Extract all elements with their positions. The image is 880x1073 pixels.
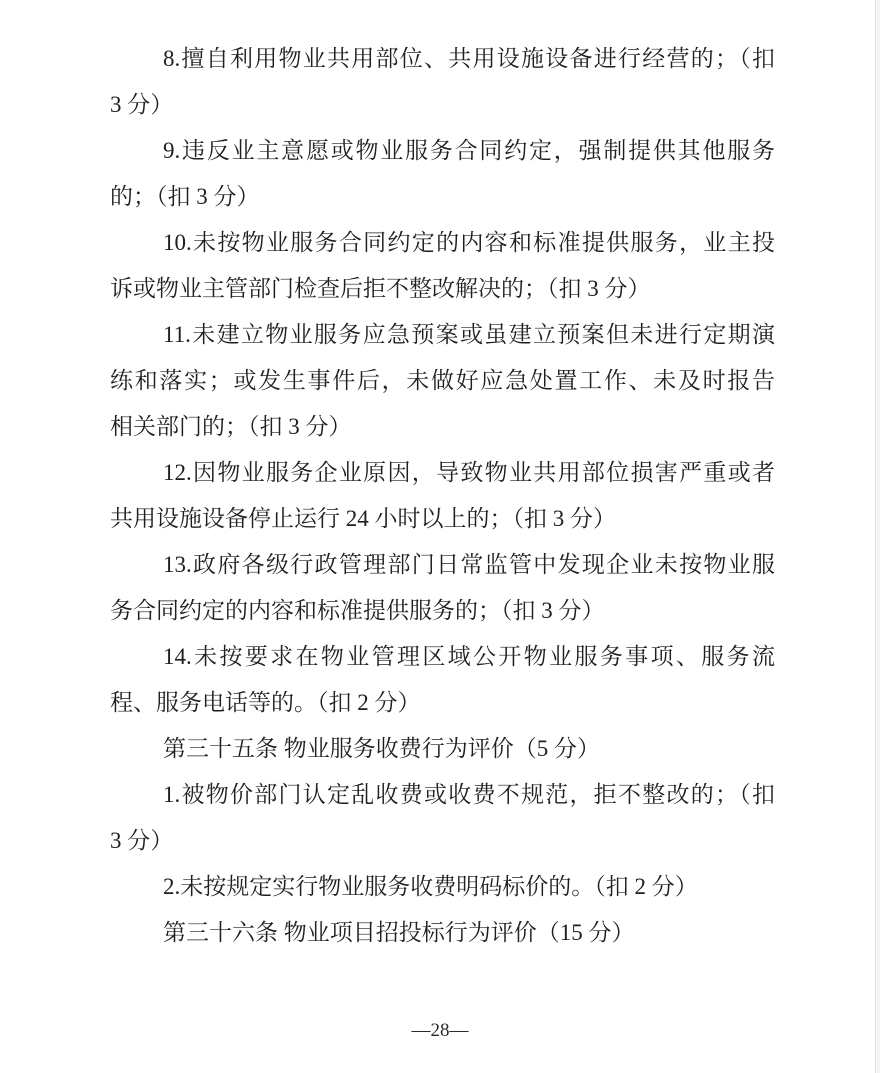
paragraph-item-14: 14.未按要求在物业管理区域公开物业服务事项、服务流 程、服务电话等的。（扣 2…: [110, 634, 775, 726]
paragraph-item-12: 12.因物业服务企业原因，导致物业共用部位损害严重或者 共用设施设备停止运行 2…: [110, 450, 775, 542]
text-line: 13.政府各级行政管理部门日常监管中发现企业未按物业服: [110, 542, 775, 588]
article-heading-line: 第三十六条 物业项目招投标行为评价（15 分）: [110, 910, 775, 956]
text-line: 的；（扣 3 分）: [110, 174, 775, 220]
document-body: 8.擅自利用物业共用部位、共用设施设备进行经营的；（扣 3 分） 9.违反业主意…: [110, 36, 775, 956]
page-edge-strip: [875, 0, 880, 1073]
paragraph-item-9: 9.违反业主意愿或物业服务合同约定，强制提供其他服务 的；（扣 3 分）: [110, 128, 775, 220]
article-heading-line: 第三十五条 物业服务收费行为评价（5 分）: [110, 726, 775, 772]
paragraph-article-35-item-1: 1.被物价部门认定乱收费或收费不规范，拒不整改的；（扣 3 分）: [110, 772, 775, 864]
text-line: 程、服务电话等的。（扣 2 分）: [110, 680, 775, 726]
text-line: 12.因物业服务企业原因，导致物业共用部位损害严重或者: [110, 450, 775, 496]
text-line: 2.未按规定实行物业服务收费明码标价的。（扣 2 分）: [110, 864, 775, 910]
paragraph-item-11: 11.未建立物业服务应急预案或虽建立预案但未进行定期演 练和落实；或发生事件后，…: [110, 312, 775, 450]
paragraph-article-35-item-2: 2.未按规定实行物业服务收费明码标价的。（扣 2 分）: [110, 864, 775, 910]
paragraph-item-10: 10.未按物业服务合同约定的内容和标准提供服务，业主投 诉或物业主管部门检查后拒…: [110, 220, 775, 312]
text-line: 11.未建立物业服务应急预案或虽建立预案但未进行定期演: [110, 312, 775, 358]
article-35-heading: 第三十五条 物业服务收费行为评价（5 分）: [110, 726, 775, 772]
text-line: 14.未按要求在物业管理区域公开物业服务事项、服务流: [110, 634, 775, 680]
text-line: 务合同约定的内容和标准提供服务的；（扣 3 分）: [110, 588, 775, 634]
paragraph-item-8: 8.擅自利用物业共用部位、共用设施设备进行经营的；（扣 3 分）: [110, 36, 775, 128]
page-number: —28—: [0, 1016, 880, 1046]
text-line: 练和落实；或发生事件后，未做好应急处置工作、未及时报告: [110, 358, 775, 404]
text-line: 3 分）: [110, 818, 775, 864]
text-line: 相关部门的；（扣 3 分）: [110, 404, 775, 450]
document-page: 8.擅自利用物业共用部位、共用设施设备进行经营的；（扣 3 分） 9.违反业主意…: [0, 0, 880, 1073]
paragraph-item-13: 13.政府各级行政管理部门日常监管中发现企业未按物业服 务合同约定的内容和标准提…: [110, 542, 775, 634]
text-line: 9.违反业主意愿或物业服务合同约定，强制提供其他服务: [110, 128, 775, 174]
text-line: 诉或物业主管部门检查后拒不整改解决的；（扣 3 分）: [110, 266, 775, 312]
text-line: 1.被物价部门认定乱收费或收费不规范，拒不整改的；（扣: [110, 772, 775, 818]
text-line: 共用设施设备停止运行 24 小时以上的；（扣 3 分）: [110, 496, 775, 542]
text-line: 8.擅自利用物业共用部位、共用设施设备进行经营的；（扣: [110, 36, 775, 82]
text-line: 10.未按物业服务合同约定的内容和标准提供服务，业主投: [110, 220, 775, 266]
article-36-heading: 第三十六条 物业项目招投标行为评价（15 分）: [110, 910, 775, 956]
text-line: 3 分）: [110, 82, 775, 128]
